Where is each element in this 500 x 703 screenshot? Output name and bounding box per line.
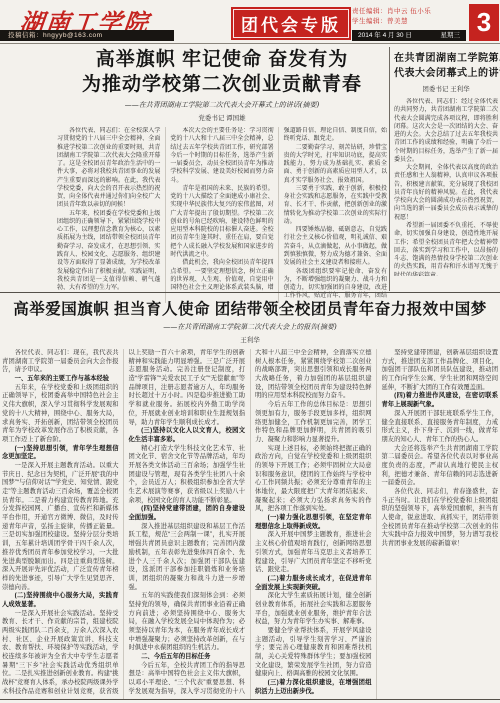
editors-block: 责任编辑：肖中云 伍小乐 学生编辑：曾美慧 (352, 7, 464, 27)
body-paragraph: 三要勇于实践、敢于创新，积极投身社会实践和志愿服务，在实践中受教育、长才干、作贡… (284, 185, 387, 226)
body-subhead: (四)坚持党建带团建，团的自身建设全面加强。 (129, 505, 246, 522)
article-byline: 团委书记 王利华 (394, 84, 498, 93)
body-paragraph: 大会还将选举产生共青团湖南工学院第二届委员会。希望各位代表以对事业高度负责的态度… (382, 445, 499, 488)
masthead-contact-bar: 投稿信箱：hngyyb@163.com (0, 30, 174, 41)
body-paragraph: 深入开展中国梦主题教育，推进社会主义核心价值观培育践行，创新网络思想引领方式，加… (255, 531, 372, 574)
page-number: 3 (477, 7, 491, 38)
article-subtitle: ——在共青团湖南工学院第二次代表大会开幕式上的讲话(摘要) (57, 100, 387, 110)
vertical-divider (389, 47, 390, 291)
body-subhead: (二)坚持围绕中心服务大局，实践育人成效显著。 (2, 592, 119, 609)
issue-date: 2014 年 4 月 30 日 (358, 30, 412, 41)
header-rule (0, 43, 500, 44)
article-byline: 王利华 (2, 335, 498, 344)
article-body: 各位代表、同志们：经过全体代表的共同努力，共青团湖南工学院第二次代表大会圆满完成… (394, 98, 498, 276)
body-paragraph: 本次大会的主要任务是：学习贯彻党的十八大和十八届三中全会精神，总结过去五年学校共… (170, 127, 273, 185)
article-body: 各位代表、同志们：在全校深入学习贯彻党的十八届三中全会精神、全面推进学校第二次创… (57, 127, 387, 303)
body-paragraph: 实现上述目标，必须始终把握正确的政治方向，自觉在学校党委和上级团组织的领导下开展… (255, 445, 372, 515)
body-paragraph: 坚持党建带团建，创新基层组织设置方式，推进团支部工作品牌化、项目化，加强团干部队… (382, 349, 499, 392)
body-paragraph: 各位代表、同志们：在全校深入学习贯彻党的十八届三中全会精神、全面推进学校第二次创… (57, 127, 160, 210)
body-paragraph: 五年来，校团委在学校党委和上级团组织的正确领导下，紧紧围绕学校中心工作，以理想信… (57, 210, 160, 293)
body-paragraph: 各位代表、同志们：经过全体代表的共同努力，共青团湖南工学院第二次代表大会圆满完成… (394, 98, 498, 164)
banner-text: 团代会专版 (241, 11, 341, 36)
bottom-rule (0, 699, 500, 700)
body-subhead: (三)坚持以文化人以文育人，校园文化生活丰富多彩。 (129, 427, 246, 444)
body-subhead: (一)着力强化思想引领，在坚定青年理想信念上取得新成效。 (255, 514, 372, 531)
body-paragraph: 深化大学生素质拓展计划，健全创新创业教育体系，拓展社会实践和志愿服务平台，加强就… (255, 592, 372, 627)
headline-line1: 高举旗帜 牢记使命 奋发有为 (57, 47, 387, 72)
article-body: 各位代表、同志们：现在，我代表共青团湖南工学院第一届委员会向大会作报告，请予审议… (2, 349, 498, 699)
body-paragraph: 精心打造大学生科技文化艺术节、社团文化节、宿舍文化节等品牌活动，年均开展各类文体… (129, 445, 246, 506)
headline-line2: 为推动学校第二次创业贡献青春 (57, 72, 387, 97)
article-byline: 党委书记 谭国雄 (57, 113, 387, 122)
body-paragraph: 二要勤奋学习、刻苦钻研，珍惜宝贵的大学时光，打牢知识功底，提高实践能力，努力成为… (284, 144, 387, 185)
body-subhead: (二)着力服务成长成才，在促进青年全面发展上实现新突破。 (255, 575, 372, 592)
body-paragraph: 深入推进基层组织建设和基层工作活跃工程，规范“三会两制一课”，扎实开展增强共青团… (129, 523, 246, 593)
body-paragraph: 大会期间，全体代表以高度的政治责任感和主人翁精神，认真审议各项报告，积极建言献策… (394, 164, 498, 222)
body-paragraph: 四要锤炼品德、砥砺意志，自觉践行社会主义核心价值观，明礼诚信、艰苦奋斗，从点滴做… (284, 226, 387, 267)
body-subhead: (一)坚持思想引领，青年学生理想信念更加坚定。 (2, 445, 119, 462)
edition-banner: 团代会专版 (231, 7, 351, 40)
newspaper-page: 湖南工学院 投稿信箱：hngyyb@163.com 团代会专版 责任编辑：肖中云… (0, 0, 500, 703)
body-paragraph: 一是深入开展主题教育活动。以重大节庆日、纪念日为契机，广泛开展“我的中国梦”“与… (2, 462, 119, 592)
responsible-editor-line: 责任编辑：肖中云 伍小乐 (352, 7, 464, 17)
body-subhead: (三)着力深化组织建设，在增强团组织活力上迈出新步伐。 (255, 679, 372, 696)
body-paragraph: 五年来，在学校党委和上级团组织的正确领导下，校团委高举中国特色社会主义伟大旗帜，… (2, 384, 119, 445)
body-subhead: (四)着力推进作风建设，在密切联系青年上展现新气象。 (382, 392, 499, 409)
contact-email: 投稿信箱：hngyyb@163.com (8, 32, 103, 39)
body-subhead: 一、五年来的主要工作与基本经验 (2, 375, 119, 384)
body-paragraph: 要健全学业帮扶体系，开展学风建设主题活动，引导学生刻苦学习、严谨治学；要完善心理… (255, 627, 372, 679)
student-editor-line: 学生编辑：曾美慧 (352, 17, 464, 27)
date-bar: 2014 年 4 月 30 日 星期三 (352, 30, 466, 41)
body-paragraph: 今后五年工作的总体目标是：思想引领更加有力，服务手段更加多样，组织网络更加健全，… (255, 401, 372, 444)
article-opening-speech: 高举旗帜 牢记使命 奋发有为 为推动学校第二次创业贡献青春 ——在共青团湖南工学… (57, 47, 387, 303)
body-paragraph: 五年的实践使我们深刻体会到：必须坚持党的领导，确保共青团事业沿着正确方向前进；必… (129, 592, 246, 653)
article-subtitle: ——在共青团湖南工学院第二次代表大会上的报告(摘要) (2, 322, 498, 332)
article-closing-speech: 在共青团湖南工学院第二次 代表大会闭幕式上的讲话 团委书记 王利华 各位代表、同… (394, 51, 498, 276)
body-paragraph: 希望新一届团委不负重托、不辱使命，切实加强自身建设，创造性地开展工作；希望全校团… (394, 222, 498, 276)
body-paragraph: 青年是祖国的未来、民族的希望。党的十八大描绘了全面建成小康社会、实现中华民族伟大… (170, 185, 273, 259)
headline: 高举爱国旗帜 担当育人使命 团结带领全校团员青年奋力报效中国梦 (2, 297, 498, 319)
body-paragraph: 深入开展团干部驻班联系学生工作，健全直接联系、直接服务青年制度，力戒形式主义，扑… (382, 410, 499, 445)
headline-line2: 代表大会闭幕式上的讲话 (394, 66, 498, 81)
page-number-badge: 3 (469, 4, 499, 41)
headline-line1: 在共青团湖南工学院第二次 (394, 51, 498, 66)
article-congress-report: 高举爱国旗帜 担当育人使命 团结带领全校团员青年奋力报效中国梦 ——在共青团湖南… (2, 297, 498, 699)
section-divider-rule (0, 292, 500, 293)
issue-weekday: 星期三 (441, 30, 461, 41)
body-subhead: 二、今后五年的目标任务 (129, 653, 246, 662)
body-paragraph: 各位代表、同志们，青春逢盛世，奋斗正当时。让我们在学校党委和上级团组织的坚强领导… (382, 488, 499, 549)
body-paragraph: 各位代表、同志们：现在，我代表共青团湖南工学院第一届委员会向大会作报告，请予审议… (2, 349, 119, 375)
